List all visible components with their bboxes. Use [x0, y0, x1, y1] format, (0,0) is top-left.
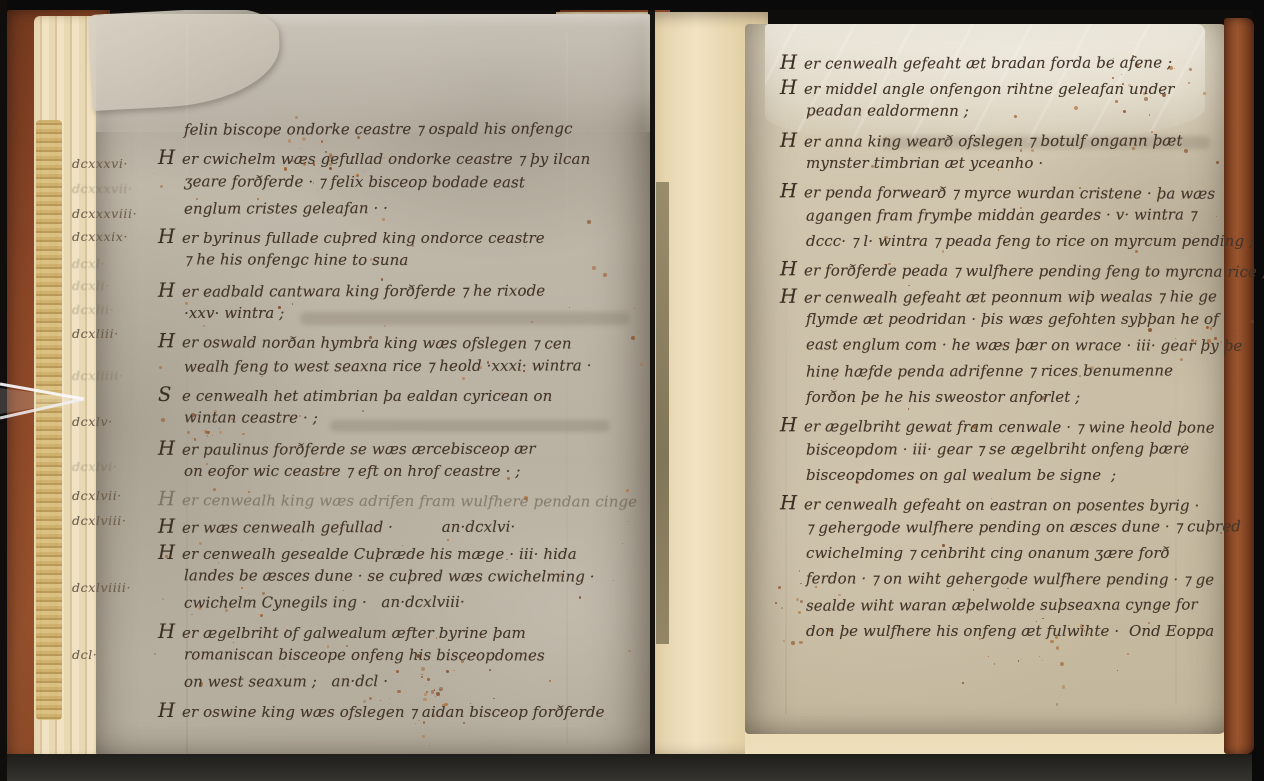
line-text: er cwichelm wæs gefullad ondorke ceastre…: [182, 150, 590, 168]
line-text: east englum com · he wæs þær on wrace · …: [806, 335, 1242, 354]
annal-year-number: dcxlvii·: [72, 488, 122, 503]
line-text: ⁊ he his onfengc hine to suna: [184, 251, 409, 270]
annal-initial: H: [780, 76, 804, 99]
manuscript-line: Her oswald norðan hymbra king wæs ofsleg…: [158, 330, 650, 358]
manuscript-line: Se cenwealh het atimbrian þa ealdan cyri…: [158, 383, 650, 409]
annal-initial: H: [158, 146, 182, 169]
page-weight-clip: [0, 376, 92, 424]
rust-foxing-spot: [1056, 703, 1058, 705]
annal-initial: H: [780, 257, 804, 280]
line-text: cwichelming ⁊ cenbriht cing onanum ʒære …: [806, 544, 1170, 562]
annal-initial: H: [158, 620, 182, 643]
manuscript-line: Her cenwealh gesealde Cuþræde his mæge ·…: [158, 541, 650, 567]
annal-initial: H: [780, 179, 804, 202]
annal-initial: S: [158, 383, 182, 406]
manuscript-line: on west seaxum ; an·dcl ·: [158, 671, 650, 699]
line-text: ferdon · ⁊ on wiht gehergode wulfhere pe…: [806, 569, 1214, 588]
manuscript-line: romaniscan bisceope onfeng his bisceopdo…: [158, 645, 650, 673]
manuscript-line: ferdon · ⁊ on wiht gehergode wulfhere pe…: [780, 569, 1236, 596]
line-text: dccc· ⁊ l· wintra ⁊ peada feng to rice o…: [806, 232, 1254, 250]
line-text: agangen fram frymþe middan geardes · v· …: [806, 205, 1197, 224]
annal-initial: H: [158, 699, 182, 722]
manuscript-line: bisceopdom · iii· gear ⁊ se ægelbriht on…: [780, 439, 1236, 466]
annal-year-number: dcxlviiii·: [72, 580, 131, 595]
left-page-text: felin biscope ondorke ceastre ⁊ ospald h…: [158, 120, 650, 725]
line-text: er anna king wearð ofslegen ⁊ botulf ong…: [804, 131, 1183, 150]
line-text: ʒeare forðferde · ⁊ felix bisceop bodade…: [184, 172, 525, 191]
annal-initial: H: [780, 413, 804, 436]
manuscript-line: landes be æsces dune · se cuþred wæs cwi…: [158, 566, 650, 594]
annal-initial: H: [780, 129, 804, 152]
manuscript-line: Her oswine king wæs ofslegen ⁊ aidan bis…: [158, 699, 650, 725]
manuscript-line: Her byrinus fullade cuþred king ondorce …: [158, 225, 650, 251]
rust-foxing-spot: [962, 682, 964, 684]
manuscript-line: ʒeare forðferde · ⁊ felix bisceop bodade…: [158, 172, 650, 200]
annal-year-number: dcxxxvii·: [72, 181, 133, 196]
manuscript-line: hine hæfde penda adrifenne ⁊ rices benum…: [780, 361, 1236, 388]
line-text: hine hæfde penda adrifenne ⁊ rices benum…: [806, 361, 1173, 380]
line-text: on eofor wic ceastre ⁊ eft on hrof ceast…: [184, 462, 521, 480]
photo-background-bottom: [0, 754, 1264, 781]
manuscript-line: mynster timbrian æt yceanho ·: [780, 154, 1236, 180]
rust-foxing-spot: [775, 602, 777, 604]
annal-year-number: dcxxxvi·: [72, 156, 128, 171]
manuscript-line: Her ægelbriht gewat fram cenwale · ⁊ win…: [780, 413, 1236, 440]
manuscript-line: cwichelming ⁊ cenbriht cing onanum ʒære …: [780, 544, 1236, 570]
annal-year-number: dcxli·: [72, 278, 110, 293]
annal-initial: H: [780, 491, 804, 514]
line-text: er cenwealh gesealde Cuþræde his mæge · …: [182, 545, 577, 563]
line-text: cwichelm Cynegils ing · an·dcxlviii·: [184, 593, 465, 612]
line-text: on west seaxum ; an·dcl ·: [184, 672, 388, 691]
line-text: mynster timbrian æt yceanho ·: [806, 154, 1043, 172]
manuscript-line: felin biscope ondorke ceastre ⁊ ospald h…: [158, 119, 650, 147]
annal-year-number: dcxxxix·: [72, 229, 128, 244]
rust-foxing-spot: [994, 663, 996, 665]
line-text: wintan ceastre · ;: [184, 409, 318, 427]
manuscript-line: Her anna king wearð ofslegen ⁊ botulf on…: [780, 127, 1236, 154]
line-text: englum cristes geleafan · ·: [184, 199, 388, 218]
manuscript-line: Her cenwealh king wæs adrifen fram wulfh…: [158, 487, 650, 515]
line-text: bisceopdom · iii· gear ⁊ se ægelbriht on…: [806, 439, 1189, 458]
manuscript-line: englum cristes geleafan · ·: [158, 198, 650, 226]
manuscript-line: Her cwichelm wæs gefullad ondorke ceastr…: [158, 146, 650, 172]
manuscript-line: east englum com · he wæs þær on wrace · …: [780, 335, 1236, 362]
manuscript-line: Her cenwealh gefeaht æt peonnum wiþ weal…: [780, 283, 1236, 310]
annal-year-number: dcl·: [72, 647, 97, 662]
rust-foxing-spot: [1062, 685, 1066, 689]
annal-year-number: dcxxxviii·: [72, 206, 137, 221]
line-text: er cenwealh gefeaht æt bradan forda be a…: [804, 53, 1172, 72]
manuscript-line: Her cenwealh gefeaht æt bradan forda be …: [780, 49, 1236, 76]
manuscript-line: bisceopdomes on gal wealum be signe ;: [780, 466, 1236, 492]
annal-initial: H: [158, 541, 182, 564]
rust-foxing-spot: [988, 656, 989, 657]
line-text: sealde wiht waran æþelwolde suþseaxna cy…: [806, 595, 1198, 614]
line-text: don þe wulfhere his onfeng æt fulwihte ·…: [806, 622, 1214, 640]
annal-year-number: dcxliii·: [72, 326, 119, 341]
line-text: er ægelbriht gewat fram cenwale · ⁊ wine…: [804, 417, 1215, 436]
line-text: er middel angle onfengon rihtne geleafan…: [804, 80, 1175, 98]
rust-foxing-spot: [1250, 320, 1253, 323]
manuscript-line: wealh feng to west seaxna rice ⁊ heold ·…: [158, 356, 650, 384]
manuscript-line: ⁊ gehergode wulfhere pending on æsces du…: [780, 517, 1236, 544]
manuscript-line: ⁊ he his onfengc hine to suna: [158, 251, 650, 279]
line-text: romaniscan bisceope onfeng his bisceopdo…: [184, 645, 545, 664]
line-text: ·xxv· wintra ;: [184, 304, 284, 322]
manuscript-line: ·xxv· wintra ;: [158, 304, 650, 330]
manuscript-line: sealde wiht waran æþelwolde suþseaxna cy…: [780, 595, 1236, 622]
annal-initial: H: [158, 436, 182, 459]
manuscript-line: cwichelm Cynegils ing · an·dcxlviii·: [158, 593, 650, 621]
rust-foxing-spot: [1060, 662, 1064, 666]
manuscript-line: agangen fram frymþe middan geardes · v· …: [780, 205, 1236, 232]
annal-year-number: dcxlii·: [72, 302, 114, 317]
manuscript-line: Her penda forwearð ⁊ myrce wurdan criste…: [780, 179, 1236, 206]
line-text: er penda forwearð ⁊ myrce wurdan cristen…: [804, 183, 1215, 202]
line-text: flymde æt peodridan · þis wæs gefohten s…: [806, 310, 1219, 328]
line-text: bisceopdomes on gal wealum be signe ;: [806, 466, 1116, 484]
line-text: felin biscope ondorke ceastre ⁊ ospald h…: [184, 119, 573, 138]
line-text: peadan ealdormenn ;: [806, 101, 969, 120]
manuscript-line: Her wæs cenwealh gefullad · an·dcxlvi·: [158, 514, 650, 542]
manuscript-line: Her cenwealh gefeaht on eastran on posen…: [780, 491, 1236, 518]
manuscript-line: flymde æt peodridan · þis wæs gefohten s…: [780, 310, 1236, 336]
line-text: er cenwealh king wæs adrifen fram wulfhe…: [182, 491, 637, 510]
manuscript-line: wintan ceastre · ;: [158, 408, 650, 436]
line-text: wealh feng to west seaxna rice ⁊ heold ·…: [184, 356, 592, 375]
line-text: er cenwealh gefeaht on eastran on posent…: [804, 495, 1199, 514]
manuscript-line: Her paulinus forðferde se wæs ærcebisceo…: [158, 435, 650, 463]
annal-year-number: dcxlviii·: [72, 513, 126, 528]
line-text: er cenwealh gefeaht æt peonnum wiþ weala…: [804, 287, 1217, 306]
manuscript-line: Her eadbald cantwara king forðferde ⁊ he…: [158, 277, 650, 305]
manuscript-line: forðon þe he his sweostor anforlet ;: [780, 388, 1236, 414]
rust-foxing-spot: [422, 735, 425, 738]
manuscript-photo: dcxxxvi·dcxxxvii·dcxxxviii·dcxxxix·dcxl·…: [0, 0, 1264, 781]
manuscript-line: don þe wulfhere his onfeng æt fulwihte ·…: [780, 622, 1236, 648]
annal-year-number: dcxl·: [72, 256, 105, 271]
photo-background-top: [0, 0, 1264, 10]
annal-year-number: dcxlvi·: [72, 459, 117, 474]
line-text: er forðferde peada ⁊ wulfhere pending fe…: [804, 261, 1264, 280]
annal-initial: H: [780, 285, 804, 308]
line-text: e cenwealh het atimbrian þa ealdan cyric…: [182, 387, 552, 405]
parchment-guard-strip: [656, 182, 669, 644]
right-page-text: Her cenwealh gefeaht æt bradan forda be …: [780, 50, 1236, 648]
annal-initial: H: [158, 278, 182, 301]
line-text: forðon þe he his sweostor anforlet ;: [806, 388, 1080, 406]
annal-initial: H: [158, 487, 182, 510]
annal-initial: H: [158, 515, 182, 538]
line-text: er wæs cenwealh gefullad · an·dcxlvi·: [182, 518, 515, 537]
annal-initial: H: [158, 330, 182, 353]
line-text: er byrinus fullade cuþred king ondorce c…: [182, 229, 545, 247]
line-text: er paulinus forðferde se wæs ærcebisceop…: [182, 439, 536, 458]
manuscript-line: dccc· ⁊ l· wintra ⁊ peada feng to rice o…: [780, 232, 1236, 258]
line-text: er ægelbriht of galwealum æfter byrine þ…: [182, 624, 526, 642]
line-text: er oswald norðan hymbra king wæs ofslege…: [182, 334, 572, 353]
annal-initial: H: [158, 225, 182, 248]
line-text: landes be æsces dune · se cuþred wæs cwi…: [184, 566, 595, 585]
line-text: ⁊ gehergode wulfhere pending on æsces du…: [806, 517, 1241, 536]
line-text: er oswine king wæs ofslegen ⁊ aidan bisc…: [182, 703, 605, 721]
manuscript-line: on eofor wic ceastre ⁊ eft on hrof ceast…: [158, 462, 650, 488]
line-text: er eadbald cantwara king forðferde ⁊ he …: [182, 281, 545, 300]
manuscript-line: Her forðferde peada ⁊ wulfhere pending f…: [780, 257, 1236, 284]
manuscript-line: peadan ealdormenn ;: [780, 101, 1236, 128]
manuscript-line: Her middel angle onfengon rihtne geleafa…: [780, 76, 1236, 102]
manuscript-line: Her ægelbriht of galwealum æfter byrine …: [158, 620, 650, 646]
annal-initial: H: [780, 51, 804, 74]
